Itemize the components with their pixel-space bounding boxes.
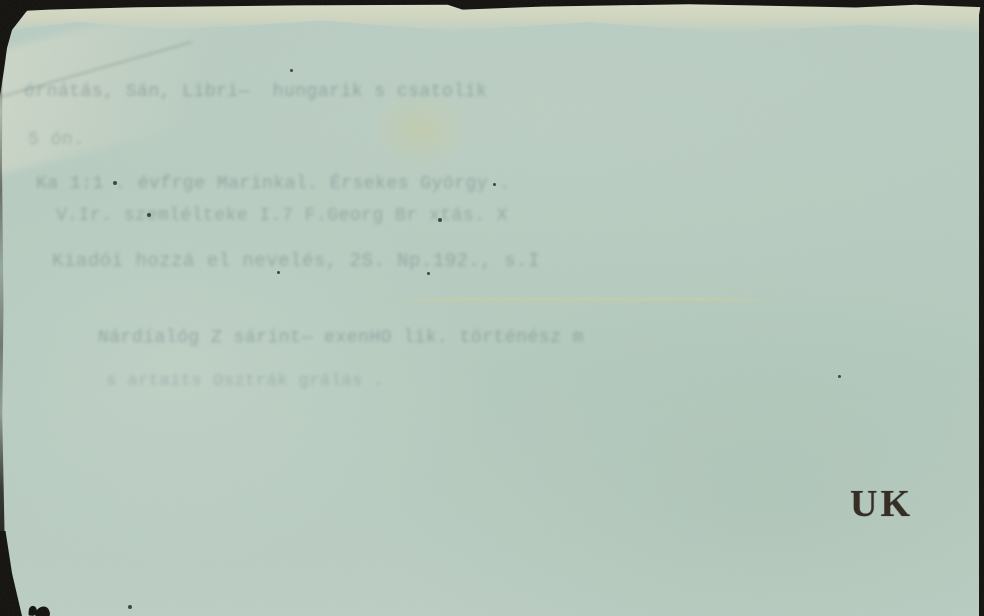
speck xyxy=(438,218,442,222)
scanner-edge-right xyxy=(979,6,984,616)
card-paper: órnátás, Sán, Libri— hungarik s csatolik… xyxy=(0,4,982,616)
ghost-text-line: Nárdíalóg Z sárint— exenHO lik. történés… xyxy=(98,328,584,348)
stain-streak xyxy=(380,298,790,301)
speck xyxy=(113,181,117,185)
uk-stamp: UK xyxy=(850,482,913,526)
ink-blot xyxy=(33,604,53,616)
ghost-text-line: Ka 1:1 . évfrge Marinkal. Érsekes György… xyxy=(36,174,511,194)
ghost-text-line: s artaits Osztrák grálás . xyxy=(106,372,385,391)
ghost-text-line: Kiadói hozzá el nevelés, 2S. Np.192., s.… xyxy=(52,250,540,272)
ghost-text-line: V.Ir. szemlélteke I.7 F.Georg Br xtás. X xyxy=(56,206,508,226)
speck xyxy=(277,271,280,274)
speck xyxy=(290,69,293,72)
speck xyxy=(838,375,841,378)
scanned-card-page: órnátás, Sán, Libri— hungarik s csatolik… xyxy=(0,0,984,616)
speck xyxy=(128,605,132,609)
ghost-text-line: 5 ón. xyxy=(28,130,85,150)
speck xyxy=(147,213,151,217)
speck xyxy=(427,272,430,275)
speck xyxy=(493,183,496,186)
ghost-text-line: órnátás, Sán, Libri— hungarik s csatolik xyxy=(24,82,488,102)
